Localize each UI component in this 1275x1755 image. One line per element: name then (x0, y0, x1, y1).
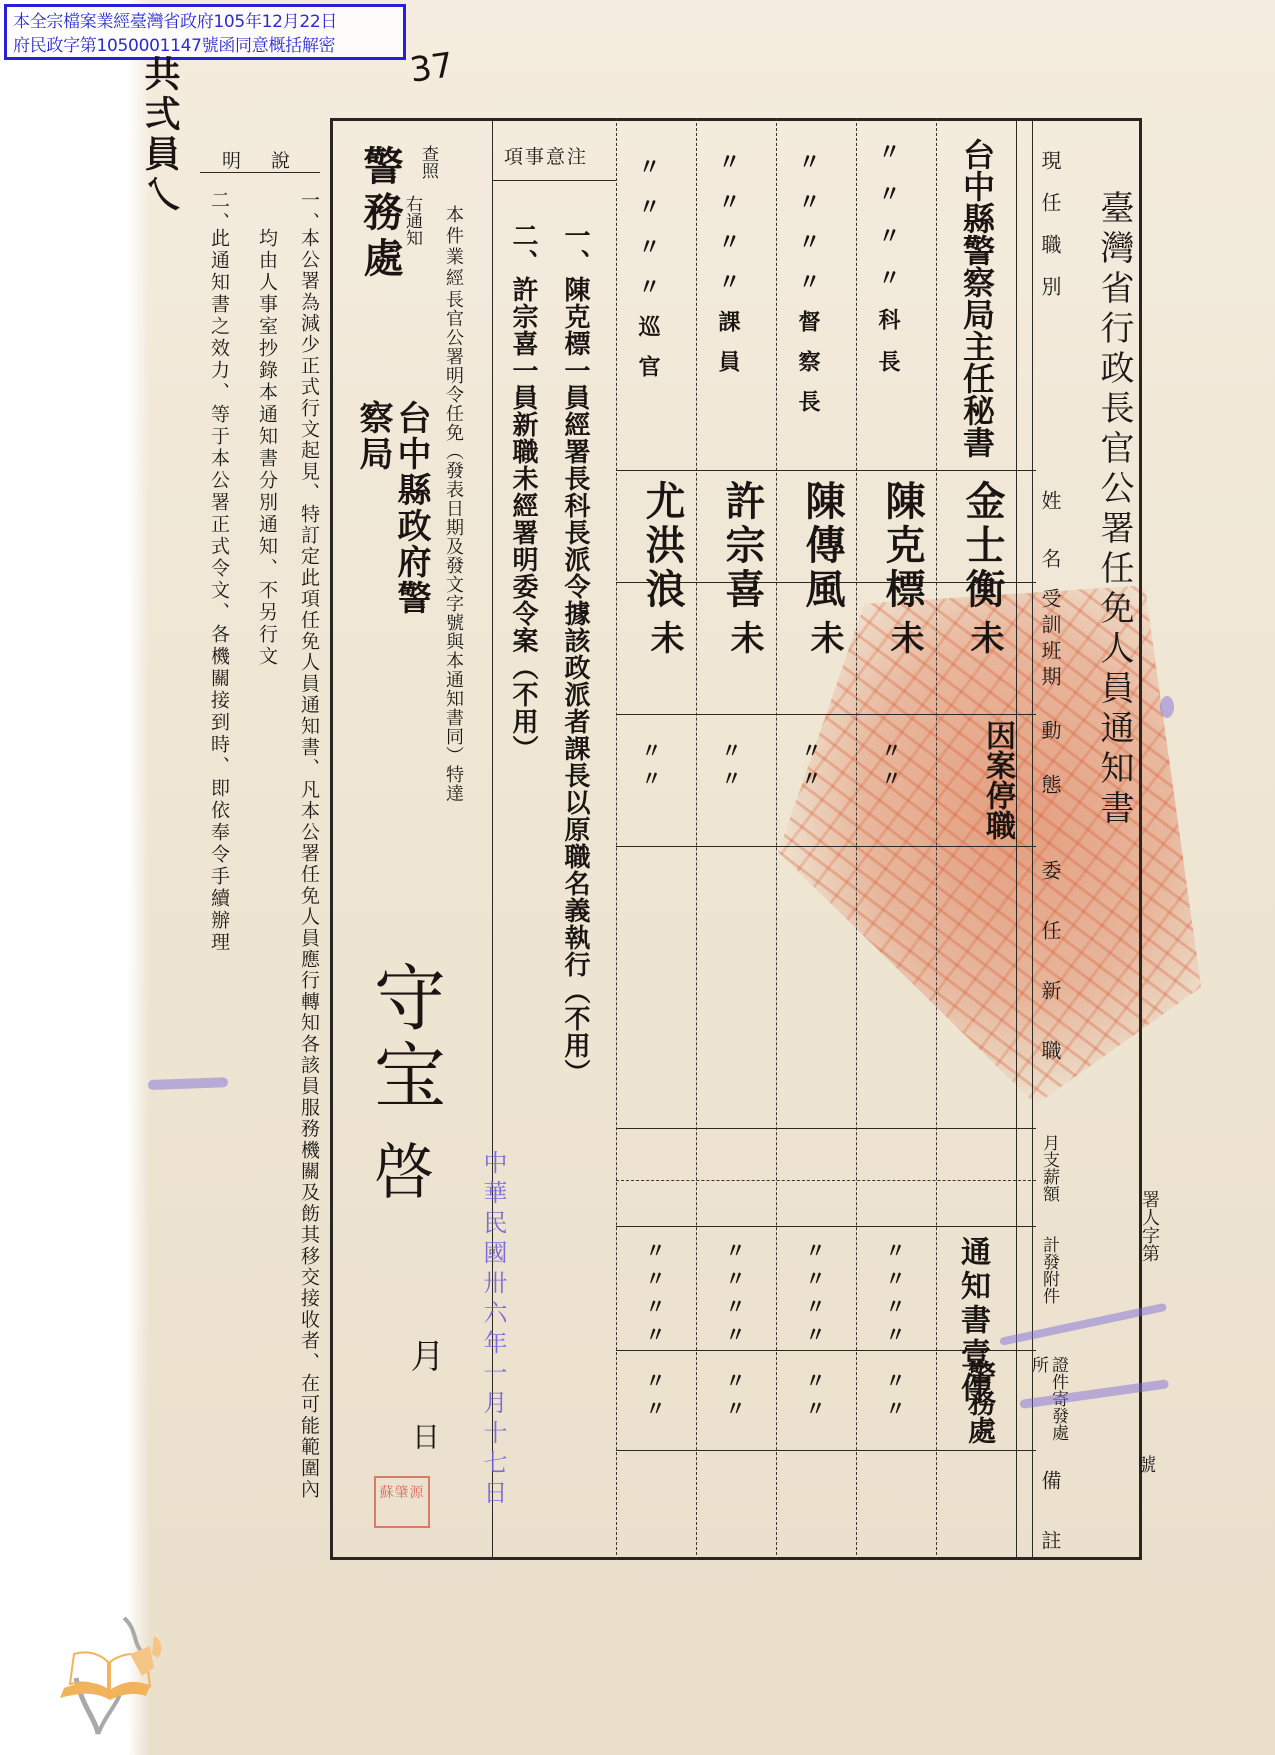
row-2-position: 〃〃〃〃科長 (872, 140, 903, 392)
row-3-attachments: 〃〃〃〃 (800, 1240, 829, 1352)
row-3-position: 〃〃〃〃督察長 (792, 150, 823, 430)
page-number-annotation: 37 (407, 45, 455, 91)
row-2-training: 未 (880, 620, 929, 654)
divider-status-newpos (616, 846, 1036, 847)
document-title: 臺灣省行政長官公署任免人員通知書 (1090, 190, 1139, 830)
notes-label: 注意事項 (504, 142, 588, 169)
divider-row-2 (856, 118, 857, 1560)
reference-label: 署人字第 (1136, 1190, 1162, 1262)
note-1: 一、陳克標一員經署長科長派令據該政派者課長以原職名義執行（不用） (560, 222, 590, 1322)
order-text: 長官公署明令任免（發表日期及發文字號與本通知書同）特達 (440, 290, 466, 803)
declassification-line-1: 本全宗檔案業經臺灣省政府105年12月22日 (13, 10, 397, 34)
row-1-status: 因案停職 (940, 720, 1016, 840)
row-4-attachments: 〃〃〃〃 (720, 1240, 749, 1352)
row-5-dispatch: 〃〃 (640, 1370, 669, 1426)
row-3-training: 未 (800, 620, 849, 654)
header-remarks: 備註 (1036, 1470, 1065, 1590)
date-month-label: 月 (400, 1338, 449, 1372)
header-current-position: 現任職別 (1036, 150, 1065, 318)
row-4-position: 〃〃〃〃課員 (712, 150, 743, 390)
row-2-dispatch: 〃〃 (880, 1370, 909, 1426)
row-5-attachments: 〃〃〃〃 (640, 1240, 669, 1352)
header-new-position: 委任新職 (1036, 860, 1065, 1100)
row-4-status: 〃〃 (716, 740, 745, 796)
divider-row-1 (936, 118, 937, 1560)
explanation-item-1-line-2: 均由人事室抄錄本通知書分別通知、不另行文 (254, 228, 281, 668)
declassification-banner: 本全宗檔案業經臺灣省政府105年12月22日 府民政字第1050001147號函… (4, 4, 406, 60)
personal-seal: 蘇肇源 (374, 1476, 430, 1528)
check-label: 查照 (416, 145, 441, 179)
note-2: 二、許宗喜一員新職未經署明委令案（不用） (508, 222, 538, 842)
row-5-training: 未 (640, 620, 689, 654)
divider-salary-attach (616, 1226, 1036, 1227)
order-label: 本件業經 (440, 205, 466, 289)
row-2-status: 〃〃 (876, 740, 905, 796)
date-stamp: 中華民國卅六年一月十七日 (476, 1150, 511, 1510)
divider-training-status (616, 714, 1036, 715)
explanation-divider (200, 172, 320, 173)
divider-position-name (616, 470, 1036, 471)
row-1-name: 金士衡 (954, 480, 1011, 612)
header-training-class: 受訓班期 (1036, 588, 1065, 692)
recipient-handwritten-1: 警務處 (352, 145, 409, 283)
header-monthly-salary: 月支薪額 (1040, 1134, 1058, 1202)
explanation-item-2-line-1: 此通知書之效力、等于本公署正式令文、各機關接到時、即依奉令手續辦理 (206, 228, 233, 954)
header-attachments: 計發附件 (1040, 1236, 1058, 1304)
row-2-name: 陳克標 (874, 480, 931, 612)
signature-closing: 啓 (356, 1140, 442, 1200)
row-1-training: 未 (960, 620, 1009, 654)
declassification-line-2: 府民政字第1050001147號函同意概括解密 (13, 34, 397, 58)
row-4-training: 未 (720, 620, 769, 654)
row-5-status: 〃〃 (636, 740, 665, 796)
divider-row-5 (616, 118, 617, 1560)
signature-handwritten: 守宝 (352, 960, 456, 1116)
explanation-label: 說明 (222, 146, 320, 173)
row-4-name: 許宗喜 (714, 480, 771, 612)
margin-count-annotation: 共弍員乀 (140, 55, 178, 215)
page-margin (0, 0, 150, 1755)
row-5-name: 尤洪浪 (634, 480, 691, 612)
ink-spot (1160, 696, 1174, 718)
row-2-attachments: 〃〃〃〃 (880, 1240, 909, 1352)
row-1-position: 台中縣警察局主任秘書 (954, 138, 1000, 458)
explanation-item-1-line-1: 本公署為減少正式行文起見、特訂定此項任免人員通知書、凡本公署任免人員應行轉知各該… (296, 228, 323, 1500)
archive-logo-icon (46, 1610, 176, 1750)
row-5-position: 〃〃〃〃巡官 (632, 155, 663, 395)
divider-row-3 (776, 118, 777, 1560)
date-day-label: 日 (404, 1422, 444, 1450)
row-1-dispatch: 警務處 (960, 1360, 1000, 1444)
divider-newpos-salary (616, 1128, 1036, 1129)
row-3-status: 〃〃 (796, 740, 825, 796)
recipient-handwritten-2: 台中縣政府警察局 (350, 400, 430, 650)
row-3-name: 陳傳風 (794, 480, 851, 612)
reference-suffix: 號 (1132, 1455, 1158, 1473)
divider-notes-header (492, 180, 616, 181)
header-status: 動態 (1036, 720, 1065, 828)
divider-title-column (1032, 118, 1033, 1560)
divider-salary-mid (616, 1180, 1036, 1181)
row-4-dispatch: 〃〃 (720, 1370, 749, 1426)
row-3-dispatch: 〃〃 (800, 1370, 829, 1426)
divider-row-4 (696, 118, 697, 1560)
divider-dispatch-remarks (616, 1450, 1036, 1451)
divider-header-column (1016, 118, 1017, 1560)
